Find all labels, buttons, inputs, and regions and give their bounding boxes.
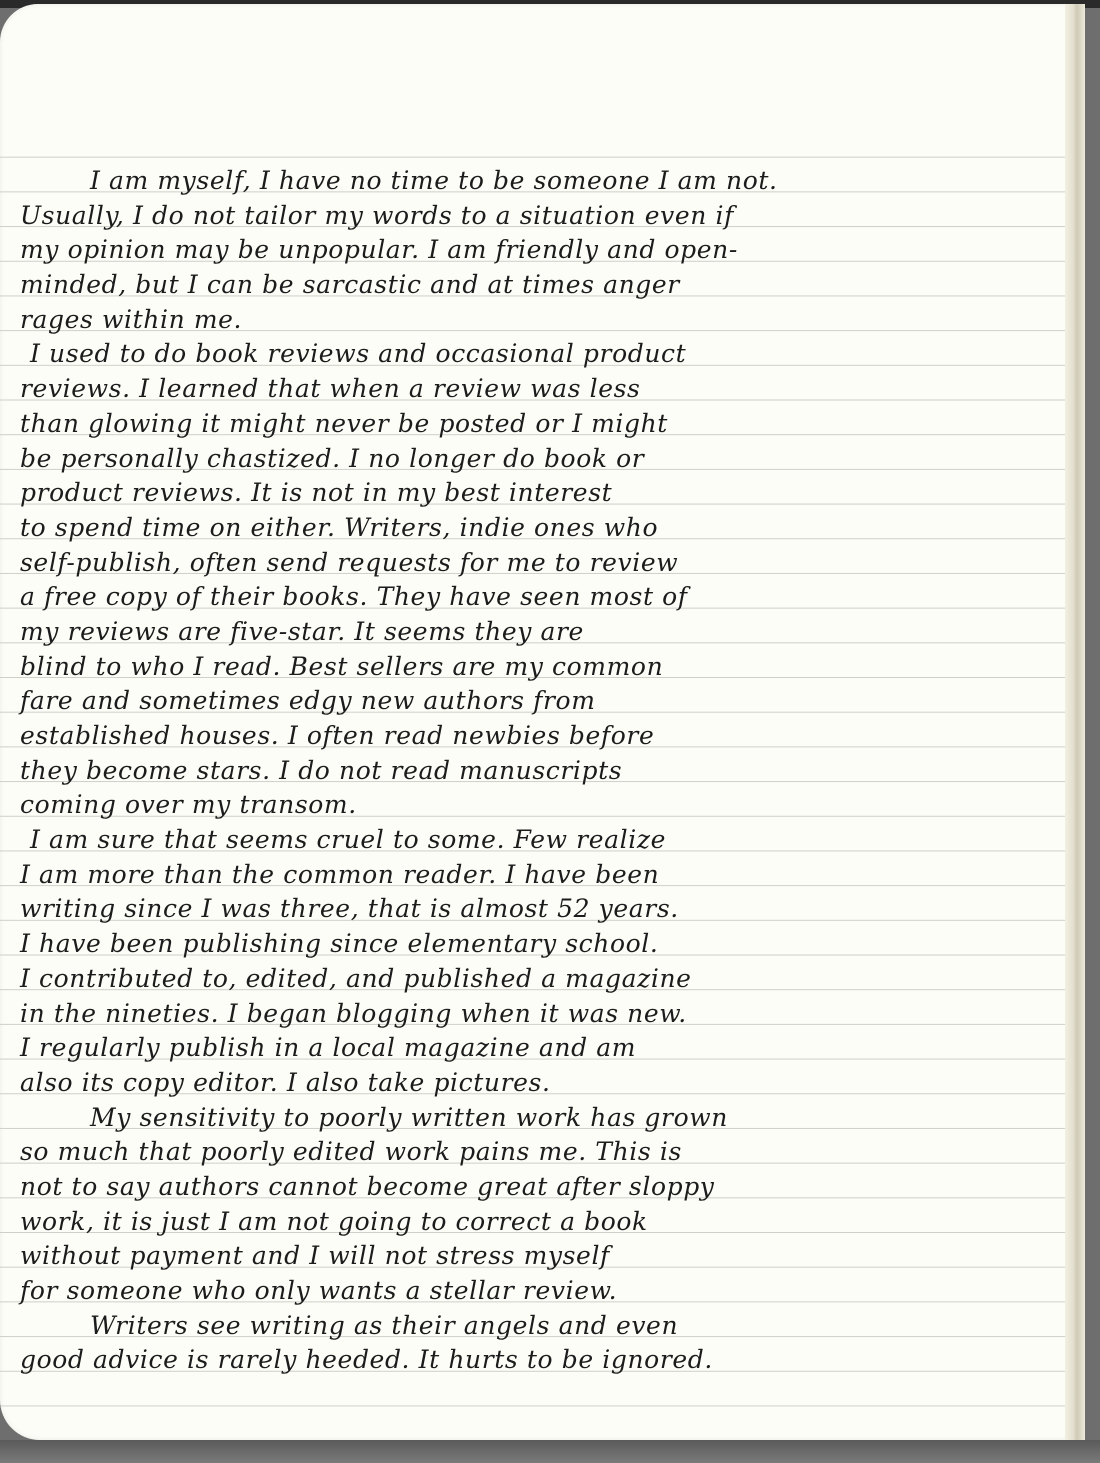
text-line: My sensitivity to poorly written work ha… <box>20 1101 1050 1136</box>
text-line: for someone who only wants a stellar rev… <box>20 1274 1050 1309</box>
text-line: they become stars. I do not read manuscr… <box>20 754 1050 789</box>
text-line: I contributed to, edited, and published … <box>20 962 1050 997</box>
text-line: good advice is rarely heeded. It hurts t… <box>20 1343 1050 1378</box>
text-line: also its copy editor. I also take pictur… <box>20 1066 1050 1101</box>
notebook-page: I am myself, I have no time to be someon… <box>0 4 1085 1440</box>
text-line: a free copy of their books. They have se… <box>20 580 1050 615</box>
text-line: Writers see writing as their angels and … <box>20 1309 1050 1344</box>
notebook-binding <box>1065 4 1085 1440</box>
text-line: to spend time on either. Writers, indie … <box>20 511 1050 546</box>
text-line: reviews. I learned that when a review wa… <box>20 372 1050 407</box>
scan-bottom-edge <box>0 1440 1100 1463</box>
text-line: I used to do book reviews and occasional… <box>20 337 1050 372</box>
text-line: I am more than the common reader. I have… <box>20 858 1050 893</box>
text-line: not to say authors cannot become great a… <box>20 1170 1050 1205</box>
text-line: I regularly publish in a local magazine … <box>20 1031 1050 1066</box>
text-line: than glowing it might never be posted or… <box>20 407 1050 442</box>
text-line: I am sure that seems cruel to some. Few … <box>20 823 1050 858</box>
text-line: so much that poorly edited work pains me… <box>20 1135 1050 1170</box>
text-line: self-publish, often send requests for me… <box>20 546 1050 581</box>
text-line: work, it is just I am not going to corre… <box>20 1205 1050 1240</box>
text-line: rages within me. <box>20 303 1050 338</box>
text-line: fare and sometimes edgy new authors from <box>20 684 1050 719</box>
text-line: product reviews. It is not in my best in… <box>20 476 1050 511</box>
text-line: in the nineties. I began blogging when i… <box>20 997 1050 1032</box>
handwritten-text: I am myself, I have no time to be someon… <box>20 164 1050 1378</box>
text-line: Usually, I do not tailor my words to a s… <box>20 199 1050 234</box>
text-line: established houses. I often read newbies… <box>20 719 1050 754</box>
text-line: I have been publishing since elementary … <box>20 927 1050 962</box>
text-line: my opinion may be unpopular. I am friend… <box>20 233 1050 268</box>
text-line: minded, but I can be sarcastic and at ti… <box>20 268 1050 303</box>
text-line: my reviews are five-star. It seems they … <box>20 615 1050 650</box>
text-line: without payment and I will not stress my… <box>20 1239 1050 1274</box>
text-line: be personally chastized. I no longer do … <box>20 442 1050 477</box>
text-line: I am myself, I have no time to be someon… <box>20 164 1050 199</box>
text-line: blind to who I read. Best sellers are my… <box>20 650 1050 685</box>
text-line: writing since I was three, that is almos… <box>20 892 1050 927</box>
text-line: coming over my transom. <box>20 788 1050 823</box>
